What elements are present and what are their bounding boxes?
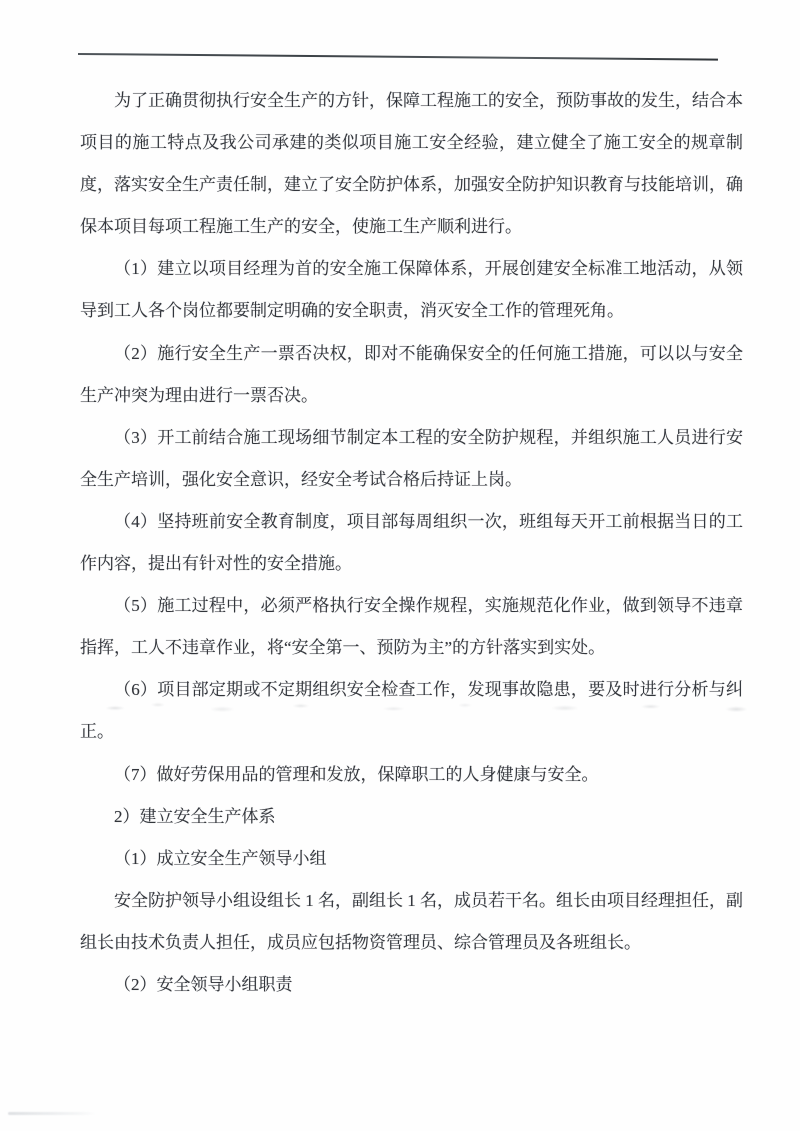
text-line: （1）成立安全生产领导小组 xyxy=(80,838,743,880)
text-line: 安全防护领导小组设组长 1 名，副组长 1 名，成员若干名。组长由项目经理担任，… xyxy=(80,880,743,922)
text-line: 作内容，提出有针对性的安全措施。 xyxy=(80,543,743,585)
text-line: 正。 xyxy=(80,711,743,753)
text-line: 组长由技术负责人担任，成员应包括物资管理员、综合管理员及各班组长。 xyxy=(80,922,743,964)
text-line: （1）建立以项目经理为首的安全施工保障体系，开展创建安全标准工地活动，从领 xyxy=(80,248,743,290)
text-line: 全生产培训，强化安全意识，经安全考试合格后持证上岗。 xyxy=(80,459,743,501)
text-line: （6）项目部定期或不定期组织安全检查工作，发现事故隐患，要及时进行分析与纠 xyxy=(80,669,743,711)
text-line: （7）做好劳保用品的管理和发放，保障职工的人身健康与安全。 xyxy=(80,754,743,796)
text-line: 2）建立安全生产体系 xyxy=(80,796,743,838)
text-line: 度，落实安全生产责任制，建立了安全防护体系，加强安全防护知识教育与技能培训，确 xyxy=(80,164,743,206)
text-line: （2）施行安全生产一票否决权，即对不能确保安全的任何施工措施，可以以与安全 xyxy=(80,333,743,375)
text-line: 保本项目每项工程施工生产的安全，使施工生产顺利进行。 xyxy=(80,206,743,248)
text-line: 生产冲突为理由进行一票否决。 xyxy=(80,375,743,417)
header-rule xyxy=(78,53,718,61)
document-page: 为了正确贯彻执行安全生产的方针，保障工程施工的安全，预防事故的发生，结合本项目的… xyxy=(0,0,800,1131)
text-line: （4）坚持班前安全教育制度，项目部每周组织一次，班组每天开工前根据当日的工 xyxy=(80,501,743,543)
document-body: 为了正确贯彻执行安全生产的方针，保障工程施工的安全，预防事故的发生，结合本项目的… xyxy=(80,80,743,1006)
text-line: （3）开工前结合施工现场细节制定本工程的安全防护规程，并组织施工人员进行安 xyxy=(80,417,743,459)
text-line: 指挥，工人不违章作业，将“安全第一、预防为主”的方针落实到实处。 xyxy=(80,627,743,669)
text-line: 导到工人各个岗位都要制定明确的安全职责，消灭安全工作的管理死角。 xyxy=(80,290,743,332)
text-line: （2）安全领导小组职责 xyxy=(80,964,743,1006)
text-line: （5）施工过程中，必须严格执行安全操作规程，实施规范化作业，做到领导不违章 xyxy=(80,585,743,627)
text-line: 为了正确贯彻执行安全生产的方针，保障工程施工的安全，预防事故的发生，结合本 xyxy=(80,80,743,122)
scan-artifact-line xyxy=(8,1112,96,1115)
text-line: 项目的施工特点及我公司承建的类似项目施工安全经验，建立健全了施工安全的规章制 xyxy=(80,122,743,164)
